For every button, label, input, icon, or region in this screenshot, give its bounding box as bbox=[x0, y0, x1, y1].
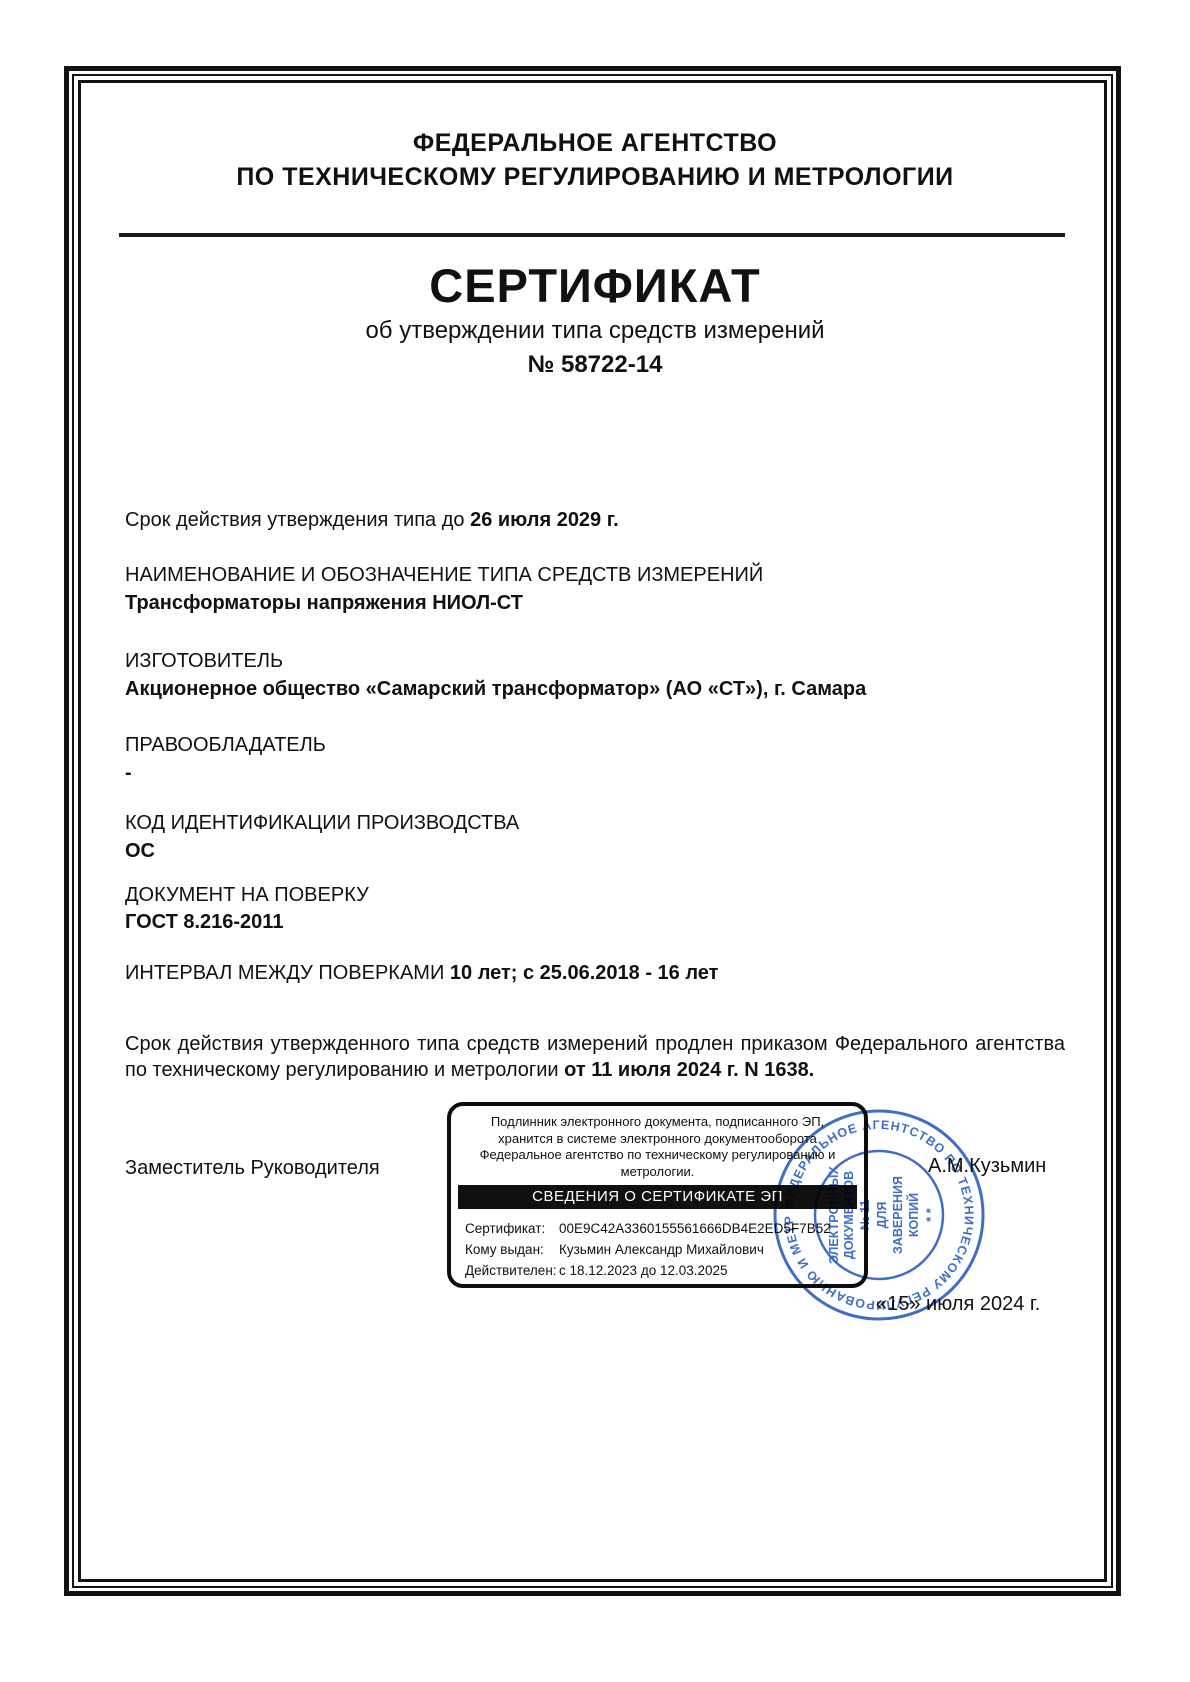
field-verification-doc-value: ГОСТ 8.216-2011 bbox=[125, 911, 1065, 934]
ep-detail-row: Действителен:с 18.12.2023 до 12.03.2025 bbox=[465, 1260, 864, 1281]
ep-detail-label: Действителен: bbox=[465, 1260, 559, 1281]
agency-name-line2: ПО ТЕХНИЧЕСКОМУ РЕГУЛИРОВАНИЮ И МЕТРОЛОГ… bbox=[0, 163, 1190, 192]
field-verification-doc-label: ДОКУМЕНТ НА ПОВЕРКУ bbox=[125, 884, 1065, 907]
field-name-label: НАИМЕНОВАНИЕ И ОБОЗНАЧЕНИЕ ТИПА СРЕДСТВ … bbox=[125, 564, 1065, 587]
certificate-number: № 58722-14 bbox=[0, 351, 1190, 379]
field-production-code-label: КОД ИДЕНТИФИКАЦИИ ПРОИЗВОДСТВА bbox=[125, 812, 1065, 835]
signature-date: «15» июля 2024 г. bbox=[876, 1293, 1040, 1316]
certificate-subtitle: об утверждении типа средств измерений bbox=[0, 317, 1190, 345]
field-rights-holder-label: ПРАВООБЛАДАТЕЛЬ bbox=[125, 734, 1065, 757]
ep-detail-value: с 18.12.2023 до 12.03.2025 bbox=[559, 1263, 728, 1278]
validity-line: Срок действия утверждения типа до 26 июл… bbox=[125, 509, 1065, 532]
ep-detail-label: Сертификат: bbox=[465, 1218, 559, 1239]
field-manufacturer-value: Акционерное общество «Самарский трансфор… bbox=[125, 678, 1065, 701]
ep-intro-line: Федеральное агентство по техническому ре… bbox=[465, 1147, 850, 1164]
field-interval-line: ИНТЕРВАЛ МЕЖДУ ПОВЕРКАМИ 10 лет; с 25.06… bbox=[125, 962, 1065, 985]
ep-bar-title: СВЕДЕНИЯ О СЕРТИФИКАТЕ ЭП bbox=[458, 1185, 857, 1209]
header-divider bbox=[119, 233, 1065, 237]
certificate-title: СЕРТИФИКАТ bbox=[0, 258, 1190, 313]
certificate-page: ФЕДЕРАЛЬНОЕ АГЕНТСТВО ПО ТЕХНИЧЕСКОМУ РЕ… bbox=[0, 0, 1190, 1682]
signer-name: А.М.Кузьмин bbox=[928, 1155, 1046, 1178]
extension-order: от 11 июля 2024 г. N 1638. bbox=[564, 1059, 814, 1081]
field-interval-label: ИНТЕРВАЛ МЕЖДУ ПОВЕРКАМИ bbox=[125, 962, 450, 984]
ep-detail-label: Кому выдан: bbox=[465, 1239, 559, 1260]
ep-detail-row: Кому выдан:Кузьмин Александр Михайлович bbox=[465, 1239, 864, 1260]
ep-details: Сертификат:00E9C42A3360155561666DB4E2ED5… bbox=[465, 1218, 864, 1281]
field-name-value: Трансформаторы напряжения НИОЛ-СТ bbox=[125, 592, 1065, 615]
validity-text: Срок действия утверждения типа до bbox=[125, 509, 470, 531]
extension-paragraph: Срок действия утвержденного типа средств… bbox=[125, 1031, 1065, 1083]
ep-intro-line: Подлинник электронного документа, подпис… bbox=[465, 1114, 850, 1131]
field-rights-holder-value: - bbox=[125, 762, 1065, 785]
ep-detail-row: Сертификат:00E9C42A3360155561666DB4E2ED5… bbox=[465, 1218, 864, 1239]
ep-detail-value: Кузьмин Александр Михайлович bbox=[559, 1242, 764, 1257]
ep-signature-box: Подлинник электронного документа, подпис… bbox=[447, 1102, 868, 1288]
signer-role: Заместитель Руководителя bbox=[125, 1157, 380, 1180]
field-interval-value: 10 лет; с 25.06.2018 - 16 лет bbox=[450, 962, 719, 984]
ep-intro-line: хранится в системе электронного документ… bbox=[465, 1131, 850, 1148]
ep-intro: Подлинник электронного документа, подпис… bbox=[465, 1114, 850, 1180]
field-manufacturer-label: ИЗГОТОВИТЕЛЬ bbox=[125, 650, 1065, 673]
ep-intro-line: метрологии. bbox=[465, 1164, 850, 1181]
ep-detail-value: 00E9C42A3360155561666DB4E2ED5F7B52 bbox=[559, 1221, 831, 1236]
validity-date: 26 июля 2029 г. bbox=[470, 509, 619, 531]
agency-name-line1: ФЕДЕРАЛЬНОЕ АГЕНТСТВО bbox=[0, 129, 1190, 158]
field-production-code-value: ОС bbox=[125, 840, 1065, 863]
